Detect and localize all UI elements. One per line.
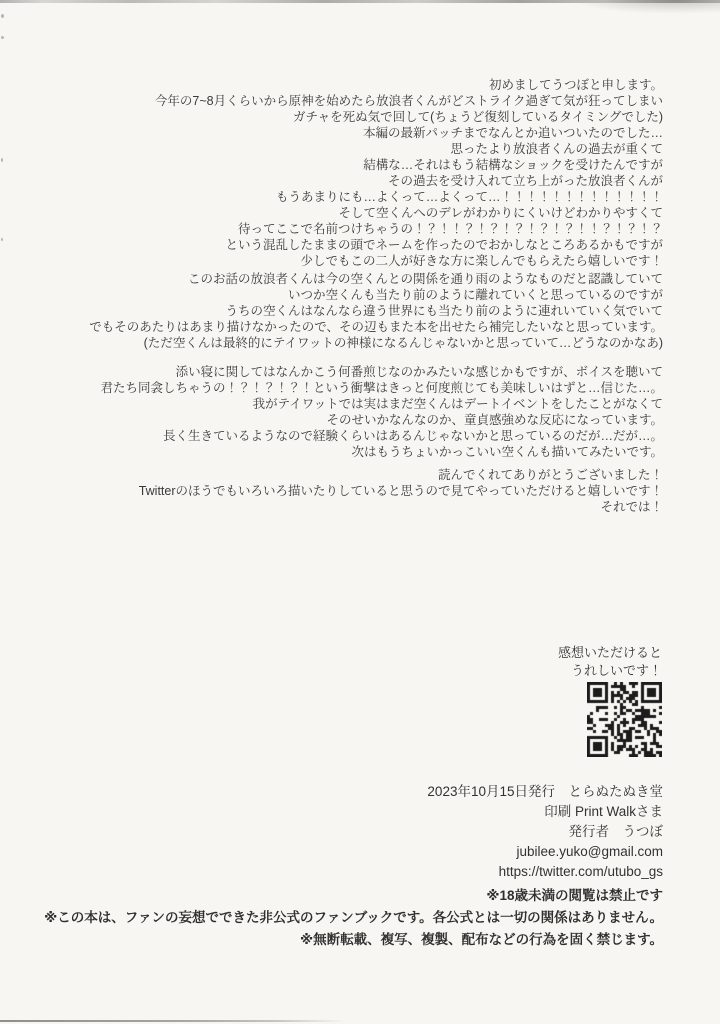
scan-speck-artifact — [1, 158, 3, 162]
text-line: 長く生きているようなので経験くらいはあるんじゃないかと思っているのだが…だが…。 — [20, 428, 663, 444]
afterword-page: 初めましてうつぼと申します。今年の7~8月くらいから原神を始めたら放浪者くんがど… — [0, 0, 720, 1024]
scan-speck-artifact — [1, 238, 3, 241]
text-line: 印刷 Print Walkさま — [20, 802, 663, 822]
text-line: うちの空くんはなんなら違う世界にも当たり前のように連れいていく気でいて — [20, 303, 663, 319]
text-line: でもそのあたりはあまり描けなかったので、その辺もまた本を出せたら補完したいなと思… — [20, 319, 663, 335]
text-line: いつか空くんも当たり前のように離れていくと思っているのですが — [20, 287, 663, 303]
text-line: 初めましてうつぼと申します。 — [20, 77, 663, 93]
text-line: 発行者 うつぼ — [20, 822, 663, 842]
text-line: その過去を受け入れて立ち上がった放浪者くんが — [20, 173, 663, 189]
text-line: 我がテイワットでは実はまだ空くんはデートイベントをしたことがなくて — [20, 396, 663, 412]
text-line: https://twitter.com/utubo_gs — [20, 862, 663, 882]
text-line: という混乱したままの頭でネームを作ったのでおかしなところあるかもですが — [20, 237, 663, 253]
scan-edge-bottom-artifact — [0, 1020, 345, 1022]
text-line: 今年の7~8月くらいから原神を始めたら放浪者くんがどストライク過ぎて気が狂ってし… — [20, 93, 663, 109]
text-line: 少しでもこの二人が好きな方に楽しんでもらえたら嬉しいです！ — [20, 253, 663, 269]
text-line: 思ったより放浪者くんの過去が重くて — [20, 141, 663, 157]
text-line: 次はもうちょいかっこいい空くんも描いてみたいです。 — [20, 444, 663, 460]
afterword-paragraph-thanks: 読んでくれてありがとうございました！Twitterのほうでもいろいろ描いたりして… — [20, 467, 663, 515]
afterword-paragraph-story-notes: このお話の放浪者くんは今の空くんとの関係を通り雨のようなものだと認識していていつ… — [20, 271, 663, 351]
text-line: 待ってここで名前つけちゃうの！？！！？！？！？！？！？！！？！？！？ — [20, 221, 663, 237]
afterword-paragraph-soine-notes: 添い寝に関してはなんかこう何番煎じなのかみたいな感じかもですが、ボイスを聴いて君… — [20, 364, 663, 460]
scan-speck-artifact — [1, 36, 4, 39]
text-line: それでは！ — [20, 499, 663, 515]
text-line: そして空くんへのデレがわかりにくいけどわかりやすくて — [20, 205, 663, 221]
scan-speck-artifact — [1, 14, 4, 18]
text-line: 読んでくれてありがとうございました！ — [20, 467, 663, 483]
text-line: そのせいかなんなのか、童貞感強めな反応になっています。 — [20, 412, 663, 428]
text-line: 結構な…それはもう結構なショックを受けたんですが — [20, 157, 663, 173]
feedback-block: 感想いただけるとうれしいです！ — [20, 644, 662, 762]
text-line: ※無断転載、複写、複製、配布などの行為を固く禁じます。 — [20, 929, 663, 951]
text-line: 添い寝に関してはなんかこう何番煎じなのかみたいな感じかもですが、ボイスを聴いて — [20, 364, 663, 380]
text-line: ガチャを死ぬ気で回して(ちょうど復刻しているタイミングでした) — [20, 109, 663, 125]
text-line: 2023年10月15日発行 とらぬたぬき堂 — [20, 782, 663, 802]
text-line: ※18歳未満の閲覧は禁止です — [20, 885, 663, 907]
text-line: もうあまりにも…よくって…よくって…！！！！！！！！！！！！！ — [20, 189, 663, 205]
text-line: ※この本は、ファンの妄想でできた非公式のファンブックです。各公式とは一切の関係は… — [20, 907, 663, 929]
text-line: Twitterのほうでもいろいろ描いたりしていると思うので見てやっていただけると… — [20, 483, 663, 499]
disclaimer-block: ※18歳未満の閲覧は禁止です※この本は、ファンの妄想でできた非公式のファンブック… — [20, 885, 663, 951]
feedback-note: 感想いただけるとうれしいです！ — [20, 644, 662, 680]
text-line: jubilee.yuko@gmail.com — [20, 842, 663, 862]
qr-code — [587, 682, 662, 757]
text-line: 感想いただけると — [20, 644, 662, 662]
scan-smudge-artifact — [570, 0, 720, 14]
text-line: 本編の最新パッチまでなんとか追いついたのでした… — [20, 125, 663, 141]
text-line: 君たち同衾しちゃうの！？！？！？！という衝撃はきっと何度煎じても美味しいはずと…… — [20, 380, 663, 396]
text-line: このお話の放浪者くんは今の空くんとの関係を通り雨のようなものだと認識していて — [20, 271, 663, 287]
qr-code-wrap — [20, 682, 662, 762]
text-line: (ただ空くんは最終的にテイワットの神様になるんじゃないかと思っていて…どうなのか… — [20, 335, 663, 351]
colophon-block: 2023年10月15日発行 とらぬたぬき堂印刷 Print Walkさま発行者 … — [20, 782, 663, 882]
afterword-paragraph-intro: 初めましてうつぼと申します。今年の7~8月くらいから原神を始めたら放浪者くんがど… — [20, 77, 663, 269]
text-line: うれしいです！ — [20, 662, 662, 680]
